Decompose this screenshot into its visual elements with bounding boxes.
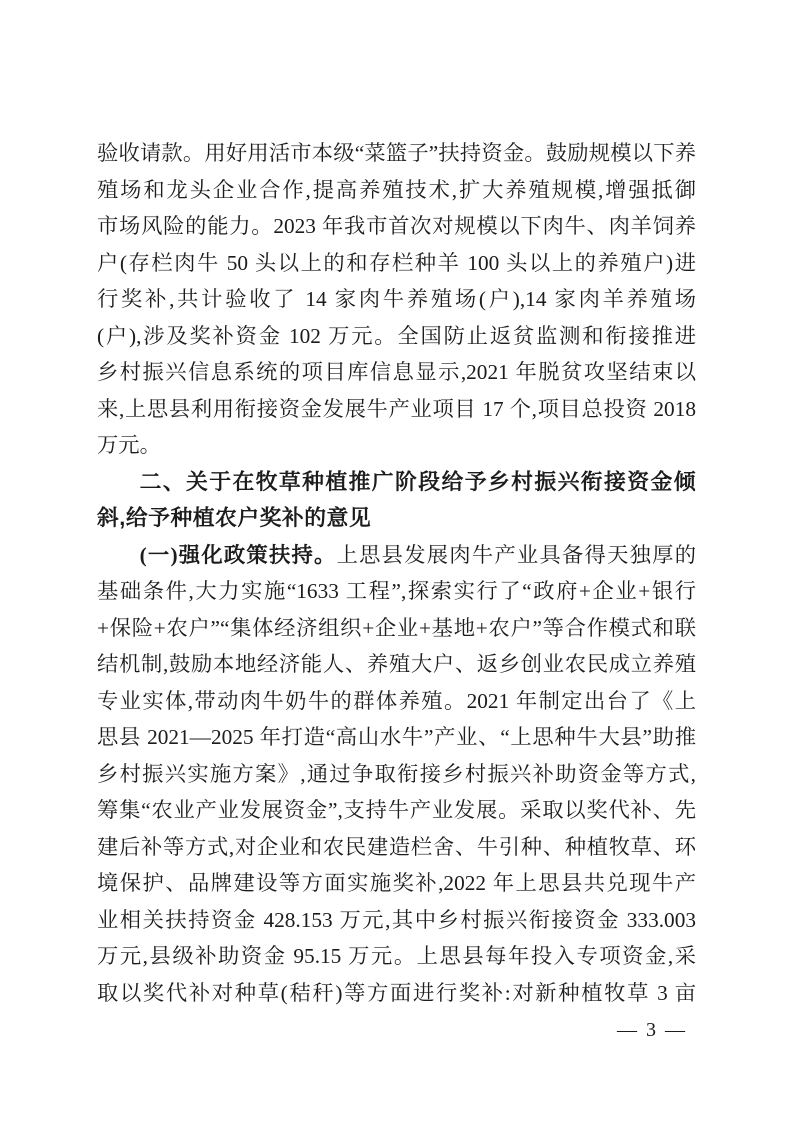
text-line: 二、关于在牧草种植推广阶段给予乡村振兴衔接资金倾 [97, 464, 696, 501]
text-line: 结机制,鼓励本地经济能人、养殖大户、返乡创业农民成立养殖 [97, 646, 696, 683]
text-line: 基础条件,大力实施“1633 工程”,探索实行了“政府+企业+银行 [97, 573, 696, 610]
text-line: 验收请款。用好用活市本级“菜篮子”扶持资金。鼓励规模以下养 [97, 135, 696, 172]
text-line: 取以奖代补对种草(秸秆)等方面进行奖补:对新种植牧草 3 亩 [97, 975, 696, 1012]
text-line: 乡村振兴实施方案》,通过争取衔接乡村振兴补助资金等方式, [97, 756, 696, 793]
paragraph-policy-support: (一)强化政策扶持。上思县发展肉牛产业具备得天独厚的基础条件,大力实施“1633… [97, 537, 696, 1012]
text-line: 建后补等方式,对企业和农民建造栏舍、牛引种、种植牧草、环 [97, 829, 696, 866]
text-line: 斜,给予种植农户奖补的意见 [97, 500, 696, 537]
text-line: 殖场和龙头企业合作,提高养殖技术,扩大养殖规模,增强抵御 [97, 172, 696, 209]
text-line: 业相关扶持资金 428.153 万元,其中乡村振兴衔接资金 333.003 [97, 902, 696, 939]
text-line: 户(存栏肉牛 50 头以上的和存栏种羊 100 头以上的养殖户)进 [97, 245, 696, 282]
page-number: 3 [646, 1018, 656, 1042]
text-line: 乡村振兴信息系统的项目库信息显示,2021 年脱贫攻坚结束以 [97, 354, 696, 391]
text-line: 专业实体,带动肉牛奶牛的群体养殖。2021 年制定出台了《上 [97, 683, 696, 720]
document-page: 验收请款。用好用活市本级“菜篮子”扶持资金。鼓励规模以下养殖场和龙头企业合作,提… [0, 0, 793, 1122]
text-line: 市场风险的能力。2023 年我市首次对规模以下肉牛、肉羊饲养 [97, 208, 696, 245]
paragraph-lead: (一)强化政策扶持。 [140, 543, 337, 567]
text-line: 万元。 [97, 427, 696, 464]
text-line: 万元,县级补助资金 95.15 万元。上思县每年投入专项资金,采 [97, 938, 696, 975]
footer-dash-right: — [665, 1018, 685, 1042]
text-line: 境保护、品牌建设等方面实施奖补,2022 年上思县共兑现牛产 [97, 865, 696, 902]
document-body: 验收请款。用好用活市本级“菜篮子”扶持资金。鼓励规模以下养殖场和龙头企业合作,提… [97, 135, 696, 1011]
text-line: 筹集“农业产业发展资金”,支持牛产业发展。采取以奖代补、先 [97, 792, 696, 829]
footer-dash-left: — [617, 1018, 637, 1042]
paragraph-carryover: 验收请款。用好用活市本级“菜篮子”扶持资金。鼓励规模以下养殖场和龙头企业合作,提… [97, 135, 696, 464]
text-line: 行奖补,共计验收了 14 家肉牛养殖场(户),14 家肉羊养殖场 [97, 281, 696, 318]
text-line: (一)强化政策扶持。上思县发展肉牛产业具备得天独厚的 [97, 537, 696, 574]
text-line: 来,上思县利用衔接资金发展牛产业项目 17 个,项目总投资 2018 [97, 391, 696, 428]
section-heading: 二、关于在牧草种植推广阶段给予乡村振兴衔接资金倾斜,给予种植农户奖补的意见 [97, 464, 696, 537]
text-line: +保险+农户”“集体经济组织+企业+基地+农户”等合作模式和联 [97, 610, 696, 647]
text-line: (户),涉及奖补资金 102 万元。全国防止返贫监测和衔接推进 [97, 318, 696, 355]
page-footer: — 3 — [617, 1018, 685, 1042]
text-line: 思县 2021—2025 年打造“高山水牛”产业、“上思种牛大县”助推 [97, 719, 696, 756]
